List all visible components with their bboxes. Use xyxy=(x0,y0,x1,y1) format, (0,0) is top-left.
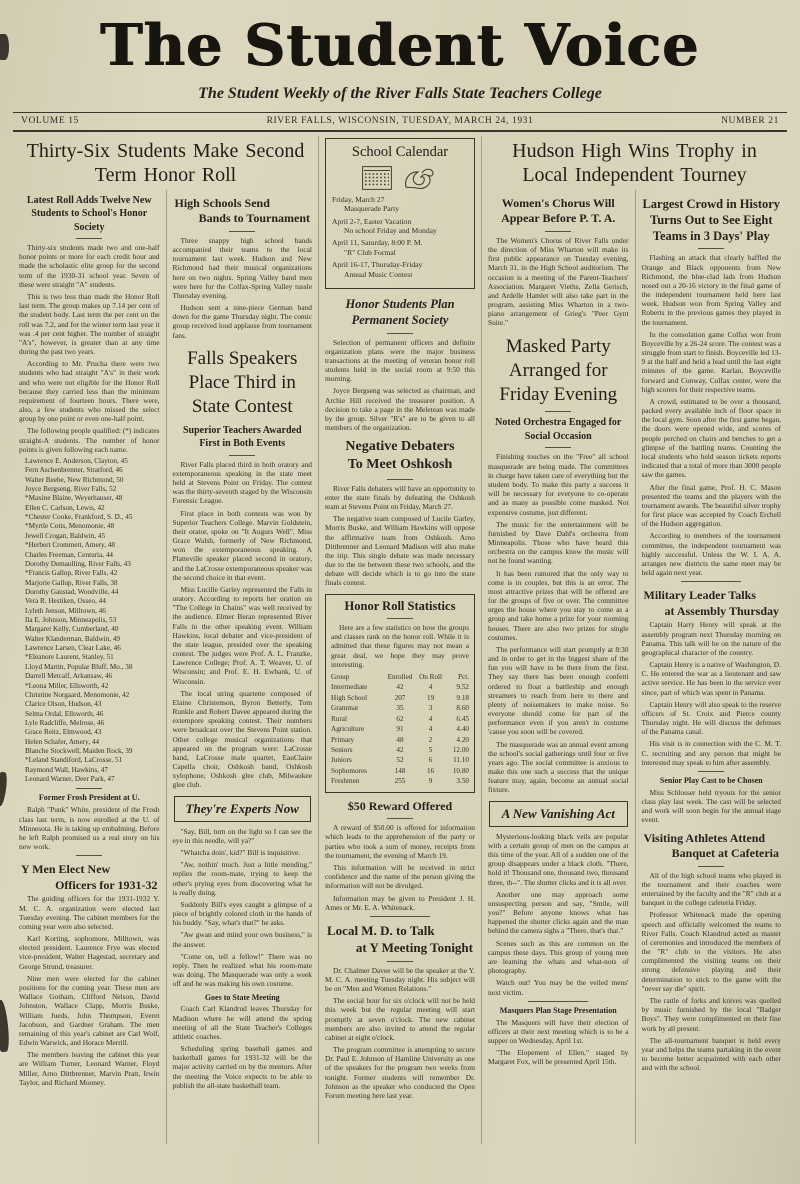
scan-artifact xyxy=(0,999,11,1052)
stats-row: Juniors52611.10 xyxy=(331,755,469,765)
honor-roll-entry: Grace Reitz, Elmwood, 43 xyxy=(19,728,160,737)
stats-cell: 62 xyxy=(383,714,416,724)
newspaper-subtitle: The Student Weekly of the River Falls St… xyxy=(0,85,800,103)
honor-roll-entry: Darrell Metcalf, Arkansaw, 46 xyxy=(19,672,160,681)
event-date: April 16-17, Thursday-Friday xyxy=(332,260,468,269)
stats-row: Primary4824.20 xyxy=(331,735,469,745)
paragraph: This is two less than made the Honor Rol… xyxy=(19,292,160,356)
paragraph: Miss Schlosser held tryouts for the seni… xyxy=(642,788,782,825)
stats-cell: 4.40 xyxy=(445,724,469,734)
stats-cell: 5 xyxy=(417,745,445,755)
calendar-ornaments xyxy=(332,165,468,191)
paragraph: The local string quartette composed of E… xyxy=(173,689,313,790)
stats-cell: 91 xyxy=(383,724,416,734)
statistics-head: Honor Roll Statistics xyxy=(331,599,469,615)
banquet-head: Visiting Athletes Attend Banquet at Cafe… xyxy=(642,831,782,862)
issue-dateline: RIVER FALLS, WISCONSIN, TUESDAY, MARCH 2… xyxy=(267,116,534,126)
lead-headline-honor-roll: Thirty-Six Students Make Second Term Hon… xyxy=(13,136,318,190)
honor-roll-entry: Fern Aschenbrenner, Stratford, 46 xyxy=(19,466,160,475)
calendar-title: School Calendar xyxy=(332,144,468,162)
number-label: NUMBER 21 xyxy=(721,116,779,126)
headline-line: Bands to Tournament xyxy=(173,211,313,227)
stats-row: Seniors42512.00 xyxy=(331,745,469,755)
paragraph: The Women's Chorus of River Falls under … xyxy=(488,236,629,328)
stats-cell: Freshmen xyxy=(331,776,383,786)
columns-4-5: Women's Chorus Will Appear Before P. T. … xyxy=(482,190,787,1144)
ymca-officers-article: The guiding officers for the 1931-1932 Y… xyxy=(19,894,160,1086)
section-divider xyxy=(528,1001,588,1002)
stats-cell: 4 xyxy=(417,724,445,734)
honor-roll-entry: *Leland Standiford, LaCrosse, 51 xyxy=(19,756,160,765)
stats-header-cell: Enrolled xyxy=(383,672,416,682)
paragraph: This information will be received in str… xyxy=(325,863,475,891)
section-divider xyxy=(681,581,741,582)
section-divider xyxy=(370,916,430,917)
paragraph: The guiding officers for the 1931-1932 Y… xyxy=(19,894,160,931)
headline-line: Banquet at Cafeteria xyxy=(642,846,782,862)
honor-roll-entry: *Francis Gallup, River Falls, 42 xyxy=(19,569,160,578)
stats-cell: 48 xyxy=(383,735,416,745)
headline-line: Local M. D. to Talk xyxy=(325,923,475,940)
stats-cell: 3 xyxy=(417,703,445,713)
stats-cell: 9 xyxy=(417,776,445,786)
honor-roll-subhead: Latest Roll Adds Twelve New Students to … xyxy=(19,194,160,235)
frosh-president-head: Former Frosh President at U. xyxy=(19,793,160,803)
honor-roll-entry: Walter Beebe, New Richmond, 50 xyxy=(19,476,160,485)
stats-cell: 6 xyxy=(417,755,445,765)
stats-cell: 4.20 xyxy=(445,735,469,745)
column-1: Latest Roll Adds Twelve New Students to … xyxy=(13,190,166,1144)
paragraph: Selection of permanent officers and defi… xyxy=(325,338,475,384)
lead-headline-hudson: Hudson High Wins Trophy in Local Indepen… xyxy=(482,136,787,190)
stats-cell: 12.00 xyxy=(445,745,469,755)
military-leader-article: Captain Harry Henry will speak at the as… xyxy=(642,620,782,767)
honor-society-article: Selection of permanent officers and defi… xyxy=(325,338,475,433)
section-divider xyxy=(387,618,413,619)
honor-roll-entry: Dorothy Gaustad, Woodville, 44 xyxy=(19,588,160,597)
stats-cell: Intermediate xyxy=(331,682,383,692)
section-divider xyxy=(76,788,102,789)
event-detail: No school Friday and Monday xyxy=(332,226,468,235)
paragraph: "Aw gwan and mind your own business," is… xyxy=(173,930,313,948)
honor-roll-entry: Jewell Crogan, Baldwin, 45 xyxy=(19,532,160,541)
honor-roll-entry: Margaret Kelly, Cumberland, 40 xyxy=(19,625,160,634)
section-divider xyxy=(229,231,255,232)
paragraph: Joyce Bergseng was selected as chairman,… xyxy=(325,386,475,432)
section-divider xyxy=(76,238,102,239)
section-divider xyxy=(387,818,413,819)
stats-header-cell: Group xyxy=(331,672,383,682)
stats-cell: 4 xyxy=(417,714,445,724)
event-date: April 2-7, Easter Vacation xyxy=(332,217,468,226)
reward-article: A reward of $50.00 is offered for inform… xyxy=(325,823,475,912)
stats-row: Freshmen25593.50 xyxy=(331,776,469,786)
honor-roll-entry: *Myrtle Cotts, Menomonie, 48 xyxy=(19,522,160,531)
masked-party-article: Finishing touches on the "Free" all scho… xyxy=(488,452,629,794)
stats-cell: 4 xyxy=(417,682,445,692)
honor-roll-entry: Marjorie Gallup, River Falls, 38 xyxy=(19,579,160,588)
honor-roll-entry: Clarice Olson, Hudson, 43 xyxy=(19,700,160,709)
reward-head: $50 Reward Offered xyxy=(325,799,475,815)
chorus-article: The Women's Chorus of River Falls under … xyxy=(488,236,629,328)
senior-play-article: Miss Schlosser held tryouts for the seni… xyxy=(642,788,782,825)
experts-boxed-head: They're Experts Now xyxy=(174,796,312,822)
honor-roll-entry: Walter Klanderman, Baldwin, 49 xyxy=(19,635,160,644)
paragraph: Watch out! You may be the veiled mens' n… xyxy=(488,978,629,996)
vanishing-act-boxed-head: A New Vanishing Act xyxy=(489,801,628,827)
page-columns: Thirty-Six Students Make Second Term Hon… xyxy=(13,136,787,1144)
section-divider xyxy=(698,866,724,867)
paragraph: In the consolation game Colfax won from … xyxy=(642,330,782,394)
section-divider xyxy=(545,411,571,412)
calendar-event: April 16-17, Thursday-Friday Annual Musi… xyxy=(332,260,468,279)
frosh-president-article: Ralph "Punk" White, president of the Fro… xyxy=(19,805,160,851)
paragraph: The masquerade was an annual event among… xyxy=(488,740,629,795)
stats-cell: 8.60 xyxy=(445,703,469,713)
stats-row: Grammar3538.60 xyxy=(331,703,469,713)
calendar-event: April 11, Saturday, 8:00 P. M. "R" Club … xyxy=(332,238,468,257)
scan-artifact xyxy=(0,34,9,60)
event-date: April 11, Saturday, 8:00 P. M. xyxy=(332,238,468,247)
honor-roll-statistics-box: Honor Roll Statistics Here are a few sta… xyxy=(325,594,475,793)
headline-line: Military Leader Talks xyxy=(642,588,782,604)
masked-party-headline: Masked Party Arranged for Friday Evening xyxy=(488,335,629,408)
section-divider xyxy=(545,447,571,448)
stats-cell: High School xyxy=(331,693,383,703)
paragraph: Ralph "Punk" White, president of the Fro… xyxy=(19,805,160,851)
volume-label: VOLUME 15 xyxy=(21,116,79,126)
masthead: The Student Voice The Student Weekly of … xyxy=(0,0,800,132)
newspaper-title: The Student Voice xyxy=(0,16,800,76)
paragraph: The social hour for six o'clock will not… xyxy=(325,996,475,1042)
paragraph: The performance will start promptly at 8… xyxy=(488,645,629,737)
paragraph: Miss Lucille Garley represented the Fall… xyxy=(173,585,313,686)
senior-play-head: Senior Play Cast to be Chosen xyxy=(642,776,782,786)
columns-1-2: Latest Roll Adds Twelve New Students to … xyxy=(13,190,318,1144)
experts-article: "Say, Bill, turn on the light so I can s… xyxy=(173,827,313,989)
paragraph: Scenes such as this are common on the ca… xyxy=(488,939,629,976)
section-divider xyxy=(545,231,571,232)
honor-roll-entry: Dorothy Demaulling, River Falls, 43 xyxy=(19,560,160,569)
paragraph: The members leaving the cabinet this yea… xyxy=(19,1050,160,1087)
fleuron-icon xyxy=(402,165,438,191)
honor-roll-entry: Helen Schafer, Amery, 44 xyxy=(19,738,160,747)
paragraph: His visit is in connection with the C. M… xyxy=(642,739,782,767)
honor-roll-entry: Lyle Radcliffe, Melrose, 46 xyxy=(19,719,160,728)
calendar-event: April 2-7, Easter Vacation No school Fri… xyxy=(332,217,468,236)
honor-roll-entry: Lloyd Martin, Popular Bluff, Mo., 38 xyxy=(19,663,160,672)
honor-roll-entry: Christine Norgaard, Menomonie, 42 xyxy=(19,691,160,700)
paragraph: A crowd, estimated to be over a thousand… xyxy=(642,397,782,480)
largest-crowd-head: Largest Crowd in History Turns Out to Se… xyxy=(642,196,782,245)
stats-cell: 148 xyxy=(383,766,416,776)
stats-cell: 3.50 xyxy=(445,776,469,786)
paragraph: The music for the entertainment will be … xyxy=(488,520,629,566)
paragraph: A reward of $50.00 is offered for inform… xyxy=(325,823,475,860)
paragraph: Finishing touches on the "Free" all scho… xyxy=(488,452,629,516)
event-detail: Annual Music Contest xyxy=(332,270,468,279)
stats-cell: 10.80 xyxy=(445,766,469,776)
stats-cell: 207 xyxy=(383,693,416,703)
largest-crowd-article: Flashing an attack that clearly baffled … xyxy=(642,253,782,577)
honor-roll-entry: Ellen C. Carlson, Lewis, 42 xyxy=(19,504,160,513)
banquet-article: All of the high school teams who played … xyxy=(642,871,782,1073)
stats-cell: 42 xyxy=(383,745,416,755)
masquers-article: The Masquers will have their election of… xyxy=(488,1018,629,1067)
stats-cell: 16 xyxy=(417,766,445,776)
paragraph: Three snappy high school bands accompani… xyxy=(173,236,313,300)
stats-cell: 6.45 xyxy=(445,714,469,724)
stats-cell: Grammar xyxy=(331,703,383,713)
paragraph: Captain Henry will also speak to the res… xyxy=(642,700,782,737)
honor-roll-entry: Lawrence Larsen, Clear Lake, 46 xyxy=(19,644,160,653)
headline-line: Appear Before P. T. A. xyxy=(488,211,629,227)
paragraph: "Whatcha doin', kid?" Bill is inquisitiv… xyxy=(173,848,313,857)
masked-party-subhead: Noted Orchestra Engaged for Social Occas… xyxy=(488,416,629,443)
column-5: Largest Crowd in History Turns Out to Se… xyxy=(635,190,788,1144)
section-divider xyxy=(698,248,724,249)
stats-cell: 2 xyxy=(417,735,445,745)
stats-cell: 35 xyxy=(383,703,416,713)
paragraph: Dr. Chalmer Davee will be the speaker at… xyxy=(325,966,475,994)
calendar-icon xyxy=(362,166,392,190)
paragraph: Karl Korting, sophomore, Milltown, was e… xyxy=(19,934,160,971)
paragraph: The negative team composed of Lucile Gar… xyxy=(325,514,475,587)
paragraph: The program committee is attempting to s… xyxy=(325,1045,475,1100)
headline-line: Women's Chorus Will xyxy=(488,196,629,212)
paragraph: The all-tournament banquet is held every… xyxy=(642,1036,782,1073)
section-divider xyxy=(387,479,413,480)
bands-head: High Schools Send Bands to Tournament xyxy=(173,196,313,227)
paragraph: River Falls debaters will have an opport… xyxy=(325,484,475,512)
paragraph: The rattle of forks and knives was quell… xyxy=(642,996,782,1033)
stats-header-cell: Pct. xyxy=(445,672,469,682)
headline-line: High Schools Send xyxy=(173,196,313,212)
paragraph: "Say, Bill, turn on the light so I can s… xyxy=(173,827,313,845)
headline-line: To Meet Oshkosh xyxy=(325,456,475,474)
honor-roll-entry: Leonard Warner, Deer Park, 47 xyxy=(19,775,160,784)
local-md-head: Local M. D. to Talk at Y Meeting Tonight xyxy=(325,923,475,957)
speakers-subhead: Superior Teachers Awarded First in Both … xyxy=(173,424,313,451)
honor-roll-entry: Vera R. Hestiken, Osseo, 44 xyxy=(19,597,160,606)
honor-roll-entry: Charles Freeman, Centuria, 44 xyxy=(19,551,160,560)
column-2: High Schools Send Bands to Tournament Th… xyxy=(166,190,319,1144)
honor-roll-entry: Lawrence E. Anderson, Clayton, 45 xyxy=(19,457,160,466)
honor-roll-entry: Joyce Bergseng, River Falls, 52 xyxy=(19,485,160,494)
paragraph: Information may be given to President J.… xyxy=(325,894,475,912)
stats-cell: 255 xyxy=(383,776,416,786)
event-detail: "R" Club Formal xyxy=(332,248,468,257)
scan-artifact xyxy=(0,771,8,806)
military-leader-head: Military Leader Talks at Assembly Thursd… xyxy=(642,588,782,619)
honor-roll-entry: *Leona Miller, Ellsworth, 42 xyxy=(19,682,160,691)
event-detail: Masquerade Party xyxy=(332,204,468,213)
honor-roll-entry: *Eleanore Laurent, Stanley, 51 xyxy=(19,653,160,662)
paragraph: Captain Henry is a native of Washington,… xyxy=(642,660,782,697)
speakers-article: River Falls placed third in both oratory… xyxy=(173,460,313,790)
honor-roll-entry: *Herbert Crommett, Amery, 48 xyxy=(19,541,160,550)
stats-row: Rural6246.45 xyxy=(331,714,469,724)
paragraph: According to Mr. Prucha there were two s… xyxy=(19,359,160,423)
school-calendar-box: School Calendar xyxy=(325,138,475,289)
honor-roll-list: Lawrence E. Anderson, Clayton, 45Fern As… xyxy=(19,457,160,785)
debaters-article: River Falls debaters will have an opport… xyxy=(325,484,475,588)
section-divider xyxy=(76,855,102,856)
honor-roll-entry: Raymond Wall, Hawkins, 47 xyxy=(19,766,160,775)
section-divider xyxy=(387,961,413,962)
stats-header-cell: On Roll xyxy=(417,672,445,682)
paragraph: Another one may approach some unsuspecti… xyxy=(488,890,629,936)
headline-line: Honor Students Plan xyxy=(325,296,475,312)
speakers-headline: Falls Speakers Place Third in State Cont… xyxy=(173,347,313,420)
paragraph: It has been rumored that the only way to… xyxy=(488,569,629,642)
paragraph: Nine men were elected for the cabinet po… xyxy=(19,974,160,1047)
headline-line: Y Men Elect New xyxy=(19,862,160,878)
event-date: Friday, March 27 xyxy=(332,195,468,204)
headline-line: at Y Meeting Tonight xyxy=(325,940,475,957)
paragraph: Mysterious-looking black veils are popul… xyxy=(488,832,629,887)
paragraph: "The Elopement of Ellen," staged by Marg… xyxy=(488,1048,629,1066)
paragraph: "Aw, nothin' much. Just a little mending… xyxy=(173,860,313,897)
stats-cell: Agriculture xyxy=(331,724,383,734)
paragraph: Suddenly Bill's eyes caught a glimpse of… xyxy=(173,900,313,928)
section-divider xyxy=(229,455,255,456)
section-divider xyxy=(387,333,413,334)
stats-cell: 52 xyxy=(383,755,416,765)
debaters-head: Negative Debaters To Meet Oshkosh xyxy=(325,438,475,474)
stats-row: Sophomores1481610.80 xyxy=(331,766,469,776)
honor-roll-article: Thirty-six students made two and one-hal… xyxy=(19,243,160,454)
right-column-group: Hudson High Wins Trophy in Local Indepen… xyxy=(482,136,787,1144)
stats-cell: Primary xyxy=(331,735,383,745)
state-meeting-head: Goes to State Meeting xyxy=(173,993,313,1003)
headline-line: Negative Debaters xyxy=(325,438,475,456)
paragraph: Hudson sent a nine-piece German band dow… xyxy=(173,303,313,340)
headline-line: Officers for 1931-32 xyxy=(19,878,160,894)
paragraph: River Falls placed third in both oratory… xyxy=(173,460,313,506)
stats-cell: Sophomores xyxy=(331,766,383,776)
paragraph: Professor Whitenack made the opening spe… xyxy=(642,910,782,993)
paragraph: Coach Carl Klandrud leaves Thursday for … xyxy=(173,1004,313,1041)
ymca-officers-head: Y Men Elect New Officers for 1931-32 xyxy=(19,862,160,893)
left-column-group: Thirty-Six Students Make Second Term Hon… xyxy=(13,136,318,1144)
vanishing-act-article: Mysterious-looking black veils are popul… xyxy=(488,832,629,997)
paragraph: Thirty-six students made two and one-hal… xyxy=(19,243,160,289)
paragraph: Flashing an attack that clearly baffled … xyxy=(642,253,782,326)
paragraph: All of the high school teams who played … xyxy=(642,871,782,908)
stats-cell: 9.18 xyxy=(445,693,469,703)
masquers-head: Masquers Plan Stage Presentation xyxy=(488,1006,629,1016)
stats-cell: Juniors xyxy=(331,755,383,765)
section-divider xyxy=(698,771,724,772)
stats-row: High School207199.18 xyxy=(331,693,469,703)
headline-line: Visiting Athletes Attend xyxy=(642,831,782,847)
headline-line: at Assembly Thursday xyxy=(642,604,782,620)
column-4: Women's Chorus Will Appear Before P. T. … xyxy=(482,190,635,1144)
dateline-bar: VOLUME 15 RIVER FALLS, WISCONSIN, TUESDA… xyxy=(13,112,787,132)
paragraph: Captain Harry Henry will speak at the as… xyxy=(642,620,782,657)
honor-roll-entry: *Maxine Blaine, Weyerhauser, 48 xyxy=(19,494,160,503)
newspaper-page: The Student Voice The Student Weekly of … xyxy=(0,0,800,1184)
honor-roll-entry: Selma Ordal, Ellsworth, 46 xyxy=(19,710,160,719)
paragraph: After the final game, Prof. H. C. Mason … xyxy=(642,483,782,529)
honor-roll-entry: Ila E. Johnson, Minneapolis, 53 xyxy=(19,616,160,625)
bands-article: Three snappy high school bands accompani… xyxy=(173,236,313,340)
paragraph: The following people qualified: (*) indi… xyxy=(19,426,160,454)
stats-header-row: Group Enrolled On Roll Pct. xyxy=(331,672,469,682)
paragraph: "Come on, tell a fellow!" There was no r… xyxy=(173,952,313,989)
headline-line: Permanent Society xyxy=(325,312,475,328)
paragraph: The Masquers will have their election of… xyxy=(488,1018,629,1046)
column-3: School Calendar xyxy=(318,136,482,1144)
stats-row: Agriculture9144.40 xyxy=(331,724,469,734)
stats-cell: 19 xyxy=(417,693,445,703)
honor-roll-entry: *Chester Cooke, Frankford, S. D., 45 xyxy=(19,513,160,522)
statistics-intro: Here are a few statistics on how the gro… xyxy=(331,623,469,669)
stats-cell: 42 xyxy=(383,682,416,692)
chorus-head: Women's Chorus Will Appear Before P. T. … xyxy=(488,196,629,227)
local-md-article: Dr. Chalmer Davee will be the speaker at… xyxy=(325,966,475,1100)
stats-cell: Seniors xyxy=(331,745,383,755)
honor-society-head: Honor Students Plan Permanent Society xyxy=(325,296,475,329)
stats-cell: Rural xyxy=(331,714,383,724)
honor-roll-entry: Lyleth Jenson, Milltown, 46 xyxy=(19,607,160,616)
honor-roll-entry: Blanche Stockwell, Maiden Rock, 39 xyxy=(19,747,160,756)
paragraph: According to members of the tournament c… xyxy=(642,531,782,577)
stats-cell: 11.10 xyxy=(445,755,469,765)
calendar-event: Friday, March 27 Masquerade Party xyxy=(332,195,468,214)
state-meeting-article: Coach Carl Klandrud leaves Thursday for … xyxy=(173,1004,313,1090)
stats-table-body: Intermediate4249.52High School207199.18G… xyxy=(331,682,469,786)
paragraph: Scheduling spring baseball games and bas… xyxy=(173,1044,313,1090)
stats-row: Intermediate4249.52 xyxy=(331,682,469,692)
paragraph: First place in both contests was won by … xyxy=(173,509,313,582)
stats-cell: 9.52 xyxy=(445,682,469,692)
